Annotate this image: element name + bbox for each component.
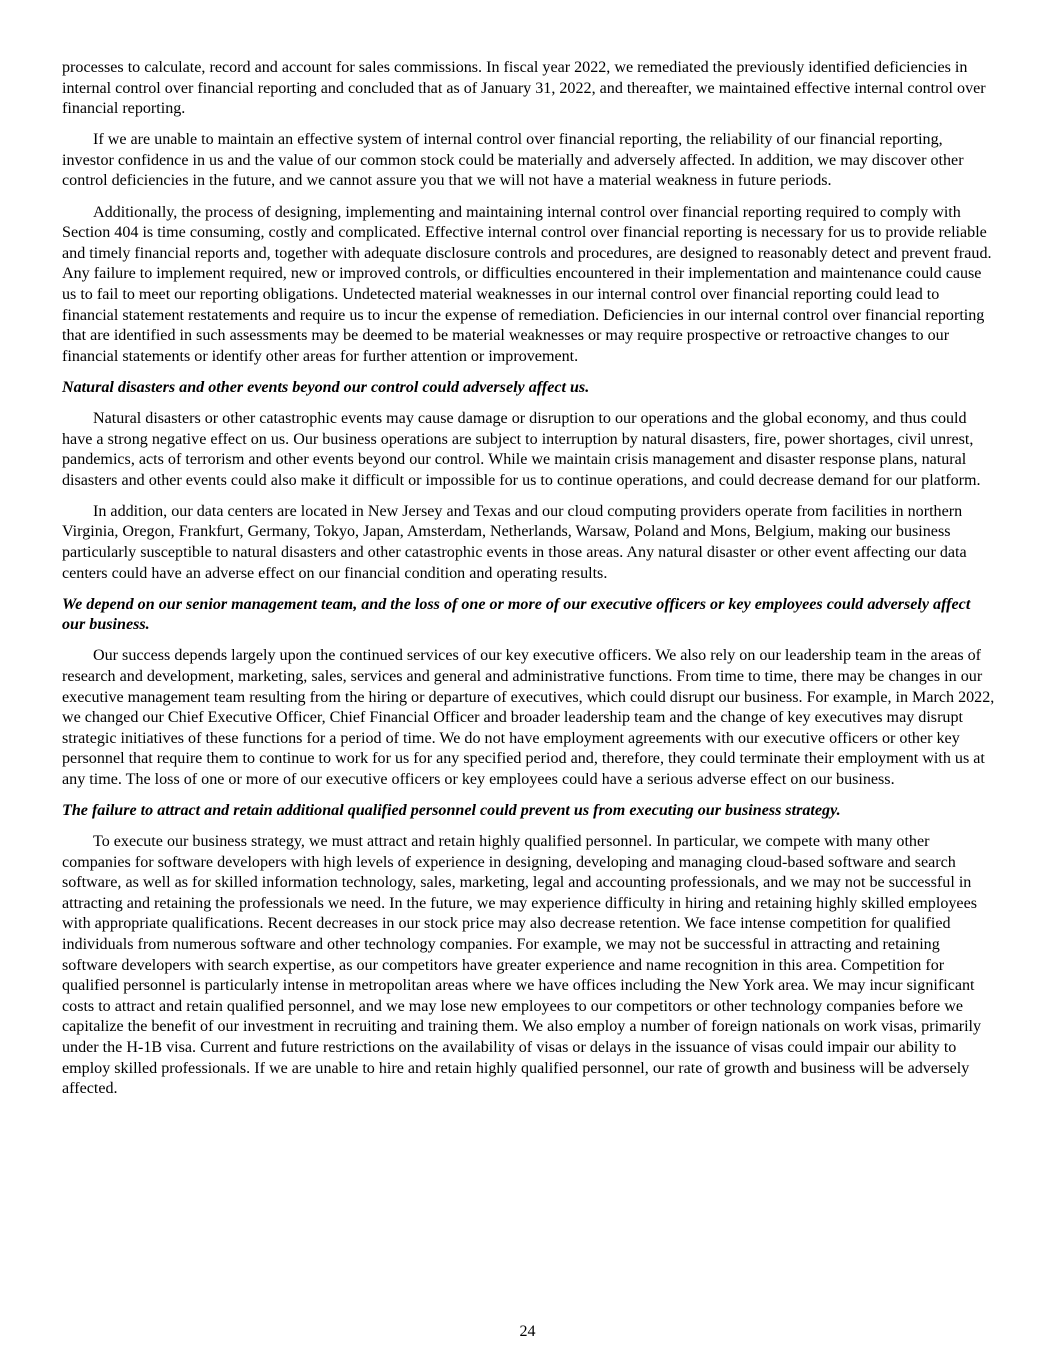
paragraph-icfr-remediation: processes to calculate, record and accou… — [62, 58, 996, 120]
paragraph-qualified-personnel: To execute our business strategy, we mus… — [62, 832, 996, 1100]
paragraph-senior-management: Our success depends largely upon the con… — [62, 646, 996, 790]
paragraph-section-404-compliance: Additionally, the process of designing, … — [62, 203, 996, 368]
risk-heading-qualified-personnel: The failure to attract and retain additi… — [62, 801, 996, 822]
paragraph-icfr-effectiveness-risk: If we are unable to maintain an effectiv… — [62, 130, 996, 192]
risk-heading-natural-disasters: Natural disasters and other events beyon… — [62, 378, 996, 399]
paragraph-natural-disasters: Natural disasters or other catastrophic … — [62, 409, 996, 491]
page-number: 24 — [0, 1322, 1055, 1342]
risk-heading-senior-management: We depend on our senior management team,… — [62, 595, 996, 636]
paragraph-data-center-locations: In addition, our data centers are locate… — [62, 502, 996, 584]
document-page: processes to calculate, record and accou… — [62, 58, 996, 1110]
